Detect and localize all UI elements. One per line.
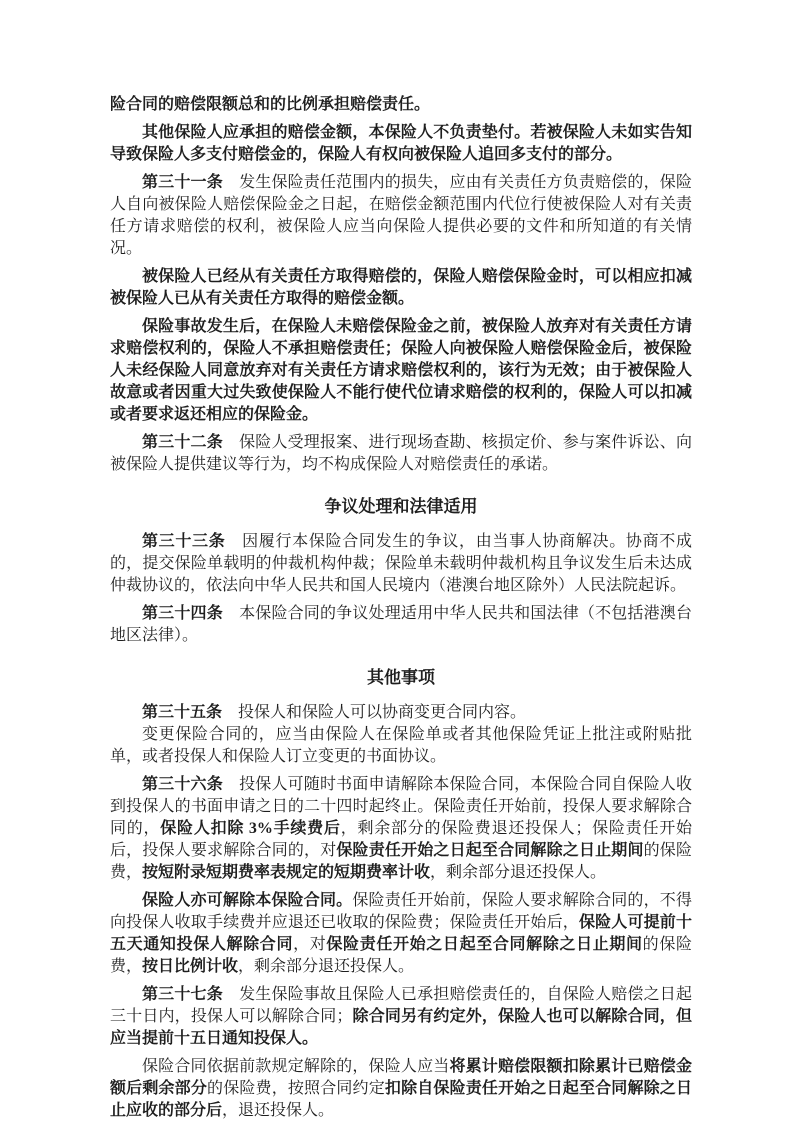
- text-run: 被保险人已经从有关责任方取得赔偿的，保险人赔偿保险金时，可以相应扣减被保险人已从…: [110, 268, 692, 307]
- text-run: 变更保险合同的，应当由保险人在保险单或者其他保险凭证上批注或附贴批单，或者投保人…: [110, 726, 692, 765]
- text-run: 按日比例计收: [142, 958, 238, 975]
- paragraph: 其他保险人应承担的赔偿金额，本保险人不负责垫付。若被保险人未如实告知导致保险人多…: [110, 122, 692, 166]
- text-run: 保险人扣除 3%手续费后: [160, 820, 340, 837]
- text-run: 保险人亦可解除本保险合同。: [142, 892, 352, 909]
- paragraph: 险合同的赔偿限额总和的比例承担赔偿责任。: [110, 94, 692, 116]
- text-run: 其他保险人应承担的赔偿金额，本保险人不负责垫付。若被保险人未如实告知导致保险人多…: [110, 124, 692, 163]
- document-body: 险合同的赔偿限额总和的比例承担赔偿责任。其他保险人应承担的赔偿金额，本保险人不负…: [110, 94, 692, 1128]
- text-run: 第三十一条: [142, 174, 223, 191]
- text-run: 保险合同依据前款规定解除的，保险人应当: [142, 1058, 449, 1075]
- text-run: ，剩余部分退还投保人。: [430, 864, 606, 881]
- paragraph: 变更保险合同的，应当由保险人在保险单或者其他保险凭证上批注或附贴批单，或者投保人…: [110, 724, 692, 768]
- text-run: 保险事故发生后，在保险人未赔偿保险金之前，被保险人放弃对有关责任方请求赔偿权利的…: [110, 318, 692, 423]
- paragraph: 第三十三条 因履行本保险合同发生的争议，由当事人协商解决。协商不成的，提交保险单…: [110, 531, 692, 597]
- paragraph: 第三十七条 发生保险事故且保险人已承担赔偿责任的，自保险人赔偿之日起三十日内，投…: [110, 984, 692, 1050]
- section-heading: 争议处理和法律适用: [110, 496, 692, 518]
- text-run: ，对: [293, 936, 326, 953]
- paragraph: 第三十一条 发生保险责任范围内的损失，应由有关责任方负责赔偿的，保险人自向被保险…: [110, 172, 692, 260]
- paragraph: 保险合同依据前款规定解除的，保险人应当将累计赔偿限额扣除累计已赔偿金额后剩余部分…: [110, 1056, 692, 1122]
- text-run: 第三十六条: [142, 776, 223, 793]
- text-run: 保险责任开始之日起至合同解除之日止期间: [336, 842, 643, 859]
- paragraph: 第三十四条 本保险合同的争议处理适用中华人民共和国法律（不包括港澳台地区法律）。: [110, 603, 692, 647]
- paragraph: 第三十六条 投保人可随时书面申请解除本保险合同，本保险合同自保险人收到投保人的书…: [110, 774, 692, 884]
- text-run: 保险责任开始之日起至合同解除之日止期间: [326, 936, 642, 953]
- paragraph: 被保险人已经从有关责任方取得赔偿的，保险人赔偿保险金时，可以相应扣减被保险人已从…: [110, 266, 692, 310]
- document-page: 险合同的赔偿限额总和的比例承担赔偿责任。其他保险人应承担的赔偿金额，本保险人不负…: [0, 0, 800, 1132]
- paragraph: 第三十二条 保险人受理报案、进行现场查勘、核损定价、参与案件诉讼、向被保险人提供…: [110, 432, 692, 476]
- paragraph: 保险人亦可解除本保险合同。保险责任开始前，保险人要求解除合同的，不得向投保人收取…: [110, 890, 692, 978]
- text-run: 第三十七条: [142, 986, 223, 1003]
- section-heading: 其他事项: [110, 667, 692, 689]
- text-run: ，退还投保人。: [222, 1102, 334, 1119]
- text-run: 第三十三条: [142, 533, 225, 550]
- text-run: 第三十五条: [142, 704, 222, 721]
- text-run: 投保人和保险人可以协商变更合同内容。: [222, 704, 526, 721]
- paragraph: 第三十五条 投保人和保险人可以协商变更合同内容。: [110, 702, 692, 724]
- text-run: 险合同的赔偿限额总和的比例承担赔偿责任。: [110, 96, 430, 113]
- text-run: 按短附录短期费率表规定的短期费率计收: [142, 864, 430, 881]
- text-run: ，剩余部分退还投保人。: [238, 958, 414, 975]
- text-run: 第三十四条: [142, 605, 223, 622]
- text-run: 的保险费，按照合同约定: [207, 1080, 385, 1097]
- text-run: 第三十二条: [142, 434, 223, 451]
- paragraph: 保险事故发生后，在保险人未赔偿保险金之前，被保险人放弃对有关责任方请求赔偿权利的…: [110, 316, 692, 426]
